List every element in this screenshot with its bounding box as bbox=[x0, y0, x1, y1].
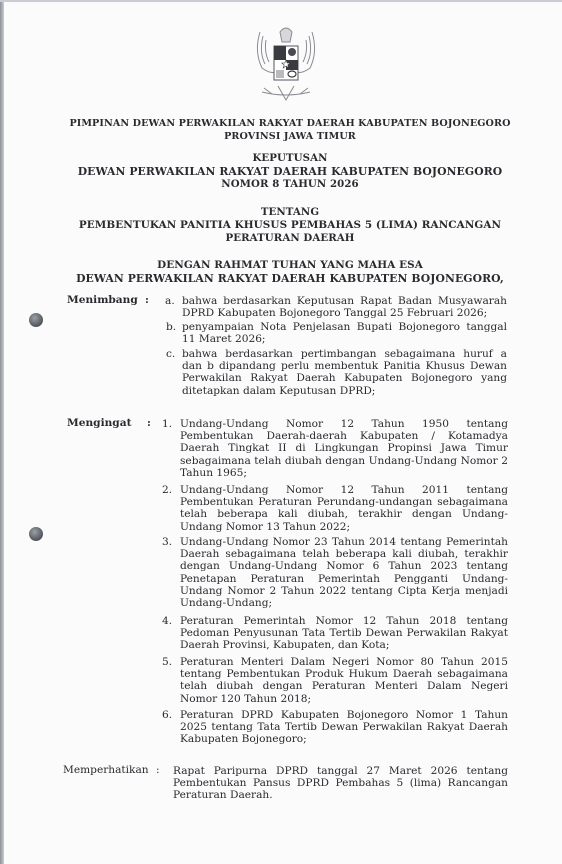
invocation: DENGAN RAHMAT TUHAN YANG MAHA ESA bbox=[60, 259, 520, 272]
mengingat-label: Mengingat bbox=[67, 417, 131, 430]
scan-page-edge-top bbox=[0, 0, 562, 2]
item-marker: a. bbox=[165, 295, 175, 307]
mengingat-item: 1. Undang-Undang Nomor 12 Tahun 1950 ten… bbox=[180, 418, 508, 479]
punch-hole-icon bbox=[29, 527, 43, 541]
subject-block: TENTANG PEMBENTUKAN PANITIA KHUSUS PEMBA… bbox=[60, 206, 520, 245]
menimbang-item: c. bahwa berdasarkan pertimbangan sebaga… bbox=[182, 348, 507, 397]
item-text: bahwa berdasarkan pertimbangan sebagaima… bbox=[182, 348, 507, 397]
item-marker: 4. bbox=[162, 615, 172, 627]
document-number: NOMOR 8 TAHUN 2026 bbox=[60, 178, 520, 191]
mengingat-item: 3. Undang-Undang Nomor 23 Tahun 2014 ten… bbox=[180, 536, 508, 609]
institution-line-2: PROVINSI JAWA TIMUR bbox=[60, 130, 520, 143]
memperhatikan-text: Rapat Paripurna DPRD tanggal 27 Maret 20… bbox=[173, 765, 508, 802]
invocation-block: DENGAN RAHMAT TUHAN YANG MAHA ESA DEWAN … bbox=[60, 259, 520, 285]
item-marker: 6. bbox=[162, 709, 172, 721]
institution-line-1: PIMPINAN DEWAN PERWAKILAN RAKYAT DAERAH … bbox=[60, 117, 520, 130]
issuer-closing: DEWAN PERWAKILAN RAKYAT DAERAH KABUPATEN… bbox=[60, 272, 520, 285]
item-marker: 2. bbox=[162, 484, 172, 496]
item-marker: 3. bbox=[162, 536, 172, 548]
scan-page-edge bbox=[0, 0, 4, 864]
decision-title-block: KEPUTUSAN DEWAN PERWAKILAN RAKYAT DAERAH… bbox=[60, 152, 520, 191]
about-label: TENTANG bbox=[60, 206, 520, 219]
menimbang-item: a. bahwa berdasarkan Keputusan Rapat Bad… bbox=[182, 295, 507, 319]
memperhatikan-label: Memperhatikan bbox=[63, 764, 149, 777]
issuing-body: DEWAN PERWAKILAN RAKYAT DAERAH KABUPATEN… bbox=[60, 165, 520, 178]
item-marker: 5. bbox=[162, 656, 172, 668]
item-text: Peraturan Menteri Dalam Negeri Nomor 80 … bbox=[180, 656, 508, 705]
garuda-pancasila-emblem-icon bbox=[250, 22, 322, 102]
subject-line-2: PERATURAN DAERAH bbox=[60, 232, 520, 245]
menimbang-item: b. penyampaian Nota Penjelasan Bupati Bo… bbox=[182, 321, 507, 345]
item-text: bahwa berdasarkan Keputusan Rapat Badan … bbox=[182, 295, 507, 319]
menimbang-colon: : bbox=[145, 294, 149, 307]
punch-hole-icon bbox=[29, 313, 43, 327]
document-type: KEPUTUSAN bbox=[60, 152, 520, 165]
mengingat-colon: : bbox=[147, 417, 151, 430]
memperhatikan-colon: : bbox=[156, 764, 160, 777]
issuer-header: PIMPINAN DEWAN PERWAKILAN RAKYAT DAERAH … bbox=[60, 117, 520, 143]
subject-line-1: PEMBENTUKAN PANITIA KHUSUS PEMBAHAS 5 (L… bbox=[60, 219, 520, 232]
item-marker: c. bbox=[166, 348, 175, 360]
mengingat-item: 5. Peraturan Menteri Dalam Negeri Nomor … bbox=[180, 656, 508, 705]
item-text: Undang-Undang Nomor 23 Tahun 2014 tentan… bbox=[180, 536, 508, 609]
mengingat-item: 6. Peraturan DPRD Kabupaten Bojonegoro N… bbox=[180, 709, 508, 746]
mengingat-item: 2. Undang-Undang Nomor 12 Tahun 2011 ten… bbox=[180, 484, 508, 533]
item-marker: b. bbox=[166, 321, 176, 333]
item-text: penyampaian Nota Penjelasan Bupati Bojon… bbox=[182, 321, 507, 345]
menimbang-label: Menimbang bbox=[67, 294, 138, 307]
item-text: Undang-Undang Nomor 12 Tahun 1950 tentan… bbox=[180, 418, 508, 479]
item-marker: 1. bbox=[162, 418, 172, 430]
mengingat-item: 4. Peraturan Pemerintah Nomor 12 Tahun 2… bbox=[180, 615, 508, 652]
item-text: Undang-Undang Nomor 12 Tahun 2011 tentan… bbox=[180, 484, 508, 533]
item-text: Peraturan DPRD Kabupaten Bojonegoro Nomo… bbox=[180, 709, 508, 746]
item-text: Peraturan Pemerintah Nomor 12 Tahun 2018… bbox=[180, 615, 508, 652]
